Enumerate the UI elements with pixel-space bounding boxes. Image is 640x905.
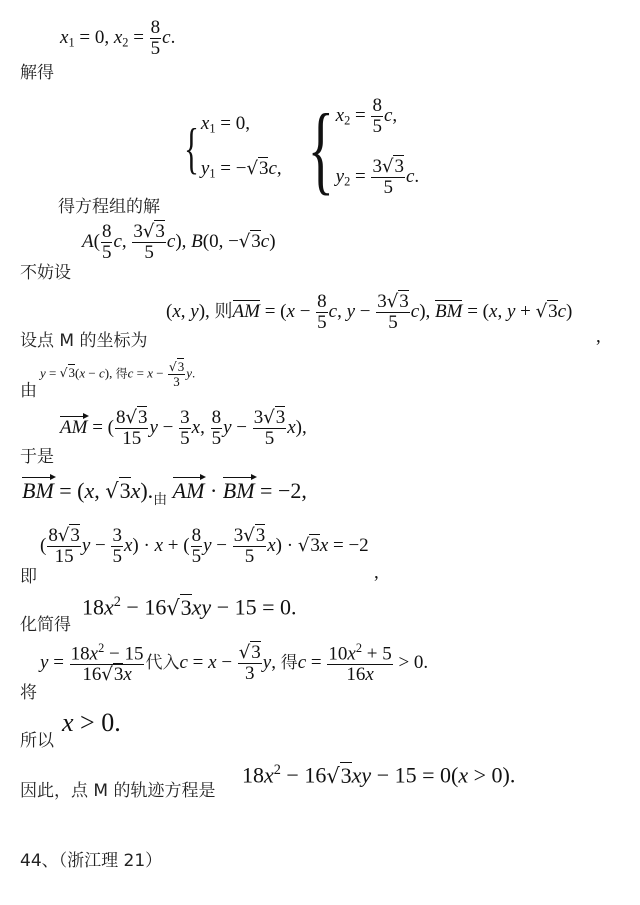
label-ze: 则: [215, 301, 233, 322]
eq-x1-x2: x1 = 0, x2 = 85c.: [60, 18, 175, 59]
eq-points-AB: A(85c, 3√35c), B(0, −√3c): [82, 222, 276, 263]
label-bufangshe: 不妨设: [20, 258, 71, 283]
eq-substitute-c: y = 18x2 − 1516√3x代入c = x − √33y, 得c = 1…: [40, 642, 428, 685]
eq-AM-substituted: AM = (8√315y − 35x, 85y − 3√35x),: [60, 408, 307, 449]
label-you-2: 由: [153, 492, 167, 508]
eq-locus: 18x2 − 16√3xy − 15 = 0(x > 0).: [242, 762, 515, 789]
label-you: 由: [20, 376, 37, 401]
label-shedian: 设点 M 的坐标为: [20, 326, 147, 351]
problem-heading: 44、（浙江理 21）: [20, 846, 162, 871]
label-suoyi: 所以: [20, 726, 54, 751]
eq-system: { x1 = 0, y1 = −√3c, { x2 = 85c, y2 = 3√…: [172, 88, 419, 209]
label-yushi: 于是: [20, 442, 54, 467]
trailing-comma: ,: [596, 326, 601, 348]
label-huajiande: 化简得: [20, 610, 71, 635]
label-yinci: 因此，点 M 的轨迹方程是: [20, 776, 215, 801]
eq-simplified: 18x2 − 16√3xy − 15 = 0.: [82, 594, 297, 621]
label-ji: 即: [20, 562, 37, 587]
label-jiede: 解得: [20, 58, 54, 83]
trailing-comma-2: ,: [374, 562, 379, 584]
eq-c-expression: y = √3(x − c), 得c = x − √33y.: [40, 360, 195, 389]
eq-BM-and-dot: BM = (x, √3x).由 AM · BM = −2,: [22, 478, 307, 509]
eq-AM-BM: (x, y), 则AM = (x − 85c, y − 3√35c), BM =…: [166, 292, 572, 333]
label-fangchengzu: 得方程组的解: [58, 192, 160, 217]
eq-x-positive: x > 0.: [62, 708, 121, 738]
label-jiang: 将: [20, 678, 37, 703]
eq-dot-expanded: (8√315y − 35x) · x + (85y − 3√35x) · √3x…: [40, 526, 369, 567]
